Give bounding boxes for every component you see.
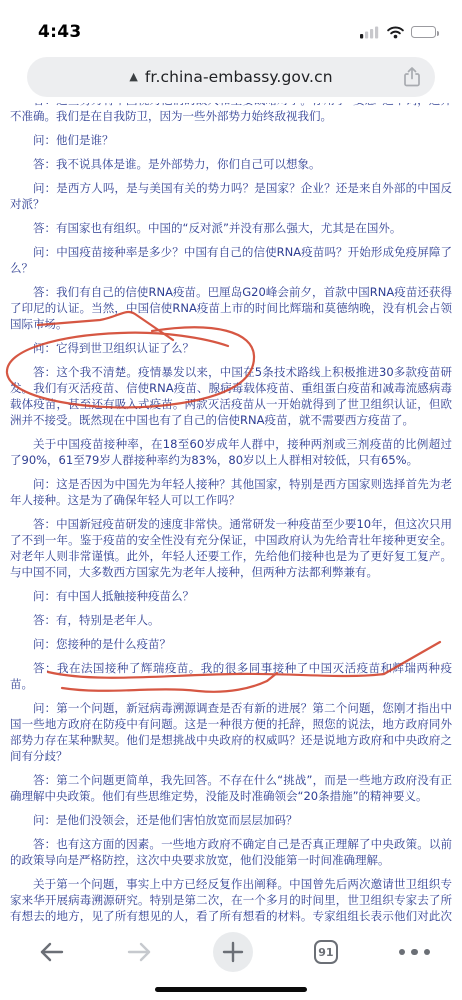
qa-paragraph: 答：有，特别是老年人。 (10, 612, 452, 628)
address-bar-area: ▲ fr.china-embassy.gov.cn (0, 50, 462, 103)
share-icon[interactable] (400, 65, 424, 89)
tab-switcher-button[interactable]: 91 (314, 940, 338, 964)
qa-paragraph: 问：有中国人抵触接种疫苗么？ (10, 588, 452, 604)
qa-paragraph: 问：中国疫苗接种率是多少？中国有自己的信使RNA疫苗吗？开始形成免疫屏障了么？ (10, 244, 452, 276)
qa-paragraph: 关于中国疫苗接种率，在18至60岁成年人群中，接种两剂或三剂疫苗的比例超过了90… (10, 436, 452, 468)
status-bar: 4:43 (0, 0, 462, 50)
qa-paragraph: 问：第一个问题，新冠病毒溯源调查是否有新的进展？第二个问题，您刚才指出中国一些地… (10, 700, 452, 764)
not-secure-warning-icon: ▲ (129, 70, 137, 83)
qa-paragraph: 答：这些势力将中国视为他们的敌人和主要战略对手。你用了“妄想”这个词，这并不准确… (10, 103, 452, 124)
back-button[interactable] (38, 940, 65, 964)
qa-paragraph: 关于第一个问题，事实上中方已经反复作出阐释。中国曾先后两次邀请世卫组织专家来华开… (10, 876, 452, 925)
home-indicator[interactable] (155, 987, 307, 992)
qa-paragraph: 答：我们有自己的信使RNA疫苗。巴厘岛G20峰会前夕，首款中国RNA疫苗还获得了… (10, 284, 452, 332)
qa-paragraph: 问：它得到世卫组织认证了么？ (10, 340, 452, 356)
webpage-content: 答：这些势力将中国视为他们的敌人和主要战略对手。你用了“妄想”这个词，这并不准确… (0, 103, 462, 925)
qa-paragraph: 问：您接种的是什么疫苗？ (10, 636, 452, 652)
qa-paragraph: 答：有国家也有组织。中国的“反对派”并没有那么强大，尤其是在国外。 (10, 220, 452, 236)
cellular-signal-icon (360, 26, 380, 39)
address-bar[interactable]: ▲ fr.china-embassy.gov.cn (27, 57, 435, 97)
wifi-icon (387, 26, 404, 39)
qa-paragraph: 答：中国新冠疫苗研发的速度非常快。通常研发一种疫苗至少要10年，但这次只用了不到… (10, 516, 452, 580)
qa-paragraph: 问：是西方人吗，是与美国有关的势力吗？是国家？企业？还是来自外部的中国反对派？ (10, 180, 452, 212)
forward-button[interactable] (126, 940, 153, 964)
qa-paragraph: 答：这个我不清楚。疫情暴发以来，中国在5条技术路线上积极推进30多款疫苗研发。我… (10, 364, 452, 428)
more-options-button[interactable] (399, 949, 431, 956)
qa-paragraph: 问：这是否因为中国先为年轻人接种？其他国家，特别是西方国家则选择首先为老年人接种… (10, 476, 452, 508)
battery-icon (411, 26, 436, 38)
qa-paragraph: 答：第二个问题更简单，我先回答。不存在什么“挑战”，而是一些地方政府没有正确理解… (10, 772, 452, 804)
browser-window: 4:43 ▲ fr.china-embassy.gov.cn (0, 0, 462, 1000)
url-text: fr.china-embassy.gov.cn (145, 68, 333, 86)
qa-paragraph: 问：他们是谁？ (10, 132, 452, 148)
browser-toolbar: 91 (0, 925, 462, 1000)
qa-paragraph: 答：我不说具体是谁。是外部势力，你们自己可以想象。 (10, 156, 452, 172)
qa-paragraph: 答：也有这方面的因素。一些地方政府不确定自己是否真正理解了中央政策。以前的政策导… (10, 836, 452, 868)
qa-paragraph: 问：是他们没领会，还是他们害怕放宽而层层加码？ (10, 812, 452, 828)
plus-icon (222, 941, 244, 963)
qa-paragraph: 答：我在法国接种了辉瑞疫苗。我的很多同事接种了中国灭活疫苗和辉瑞两种疫苗。 (10, 660, 452, 692)
clock: 4:43 (38, 22, 81, 42)
new-tab-button[interactable] (213, 932, 253, 972)
tab-count: 91 (318, 946, 333, 959)
